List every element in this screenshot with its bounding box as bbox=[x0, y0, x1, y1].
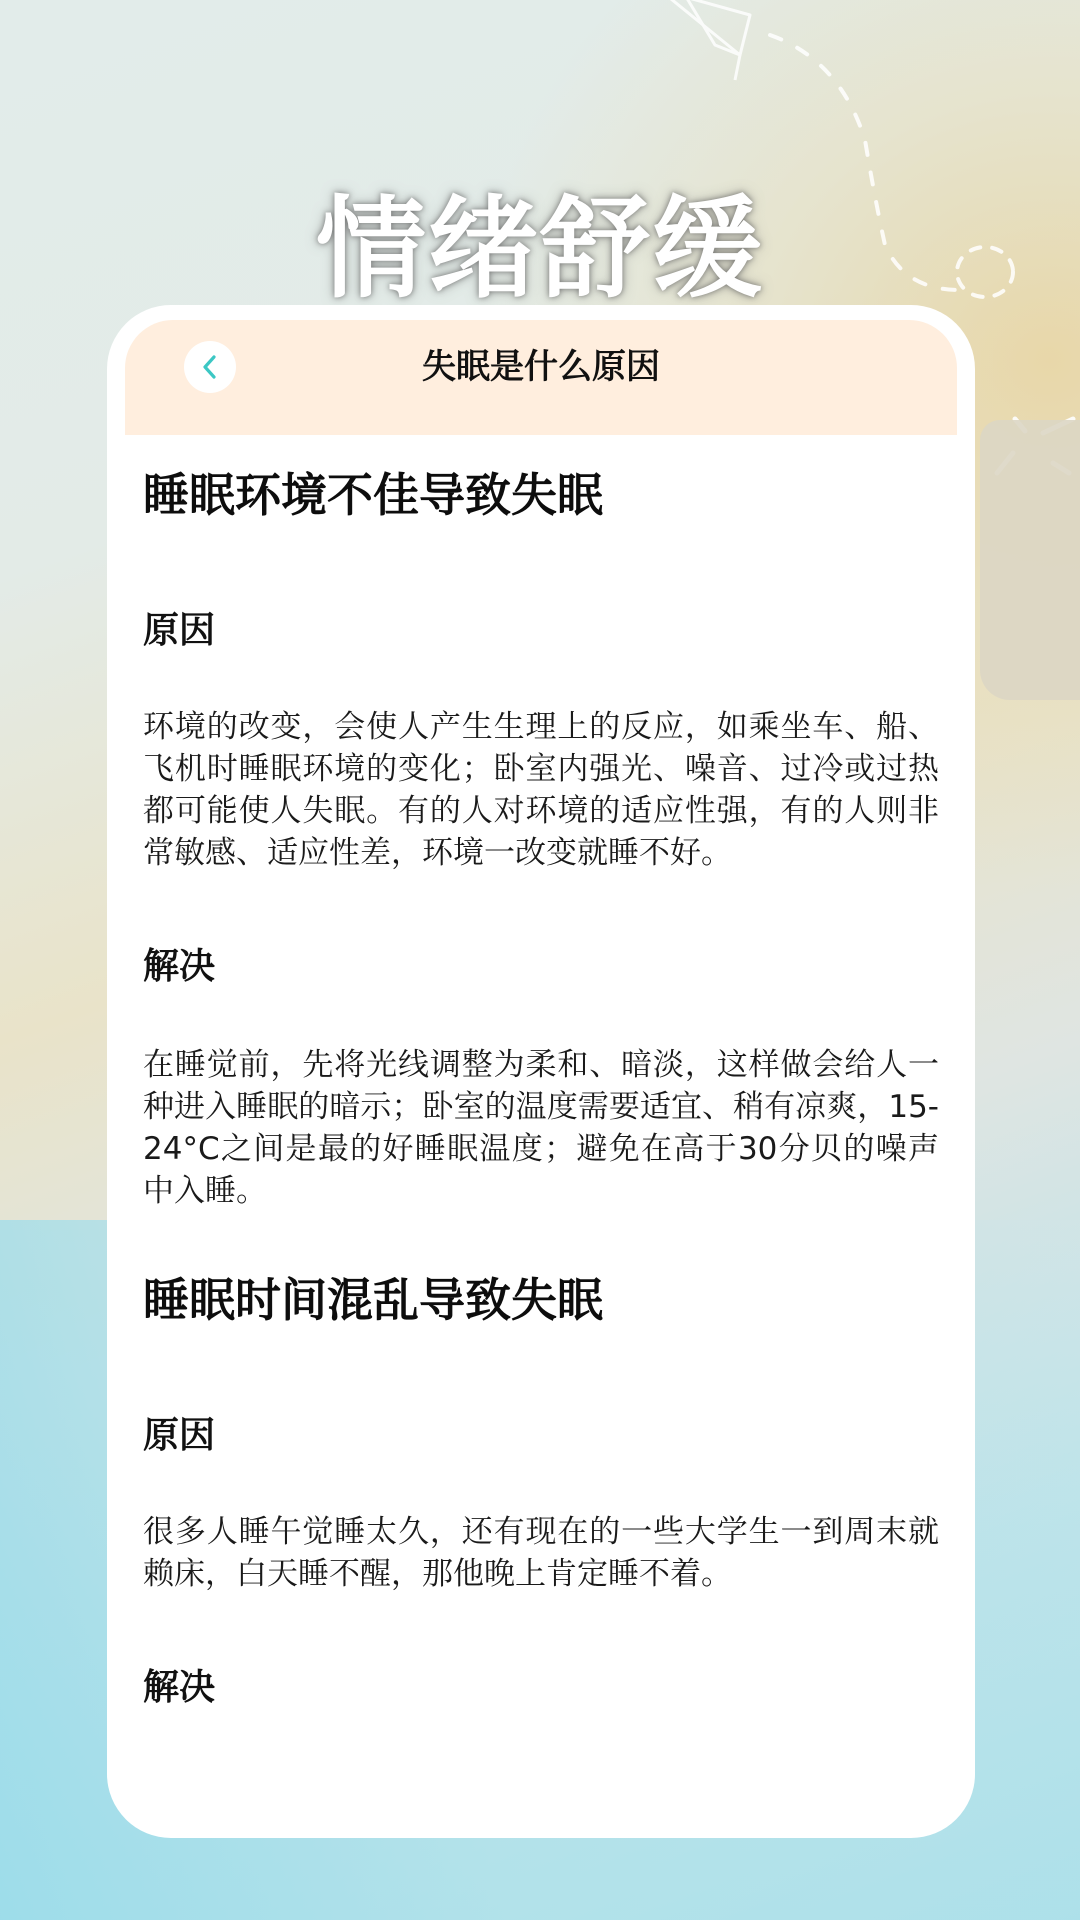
card-header: 失眠是什么原因 bbox=[125, 320, 957, 435]
app-title: 情绪舒缓 bbox=[0, 184, 1080, 314]
cause-paragraph: 很多人睡午觉睡太久，还有现在的一些大学生一到周末就赖床，白天睡不醒，那他晚上肯定… bbox=[143, 1511, 939, 1595]
solution-paragraph: 在睡觉前，先将光线调整为柔和、暗淡，这样做会给人一种进入睡眠的暗示；卧室的温度需… bbox=[143, 1044, 939, 1212]
cause-heading: 原因 bbox=[143, 1413, 939, 1459]
article-card: 失眠是什么原因 睡眠环境不佳导致失眠 原因 环境的改变，会使人产生生理上的反应，… bbox=[107, 305, 975, 1838]
article-content: 睡眠环境不佳导致失眠 原因 环境的改变，会使人产生生理上的反应，如乘坐车、船、飞… bbox=[143, 455, 939, 1711]
page-title: 失眠是什么原因 bbox=[125, 341, 957, 393]
cause-heading: 原因 bbox=[143, 608, 939, 654]
solution-heading: 解决 bbox=[143, 1665, 939, 1711]
solution-heading: 解决 bbox=[143, 944, 939, 990]
figure-silhouette-decoration bbox=[980, 420, 1080, 700]
sparkle-decoration-icon bbox=[985, 395, 1080, 485]
section-title: 睡眠时间混乱导致失眠 bbox=[143, 1270, 939, 1330]
section-title: 睡眠环境不佳导致失眠 bbox=[143, 465, 939, 525]
cause-paragraph: 环境的改变，会使人产生生理上的反应，如乘坐车、船、飞机时睡眠环境的变化；卧室内强… bbox=[143, 706, 939, 874]
